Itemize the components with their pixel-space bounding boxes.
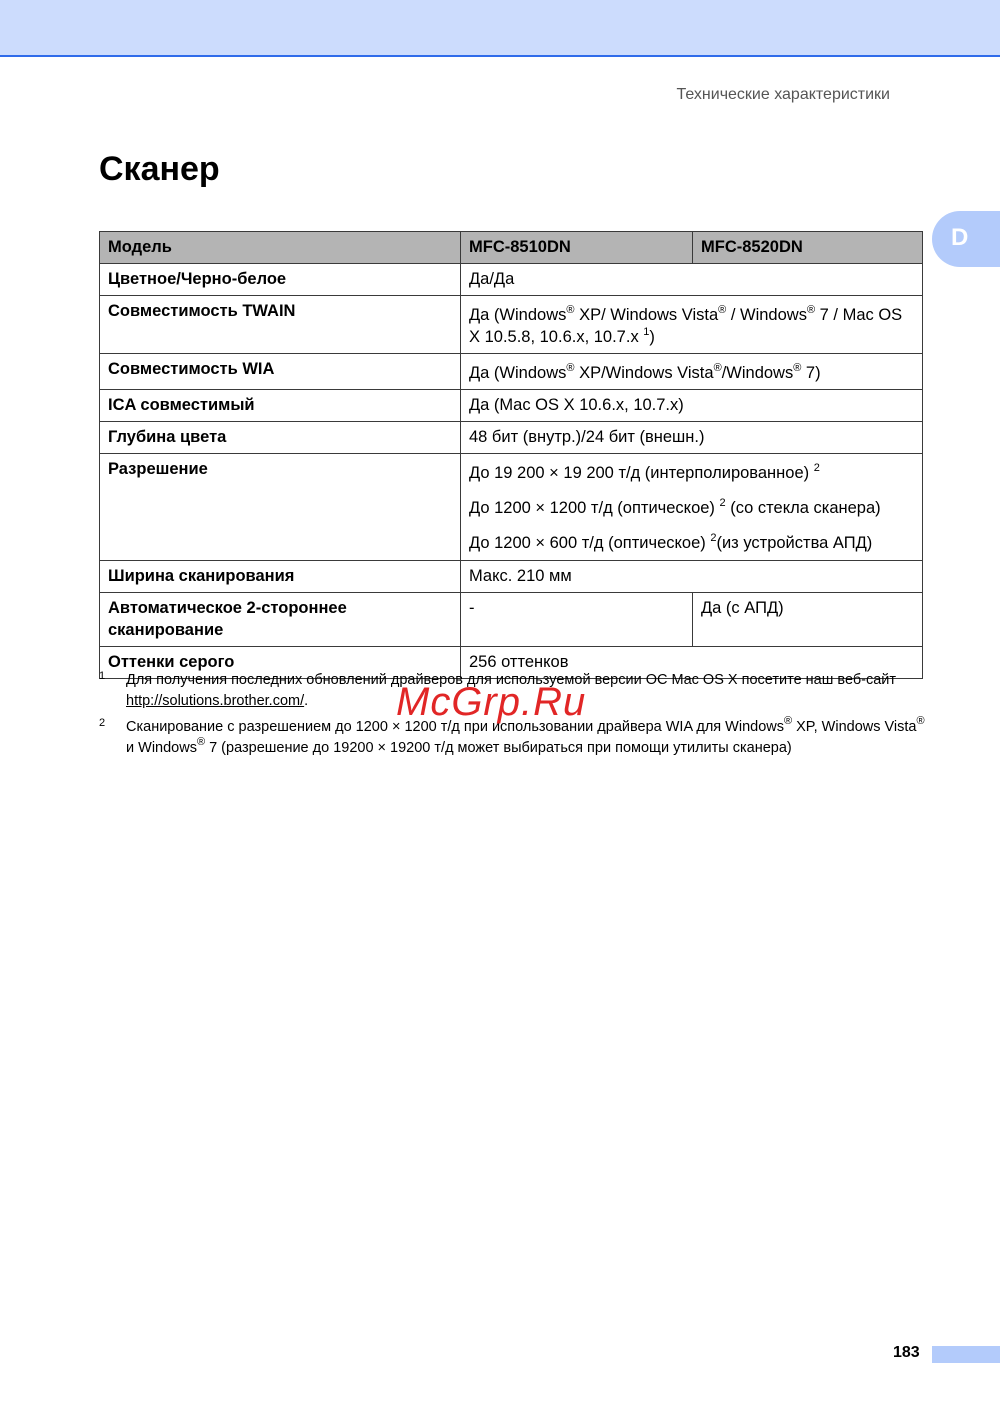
row-value-8510: - — [461, 593, 693, 647]
table-header-row: Модель MFC-8510DN MFC-8520DN — [100, 232, 923, 264]
row-value: 48 бит (внутр.)/24 бит (внешн.) — [461, 422, 923, 454]
row-value: Макс. 210 мм — [461, 561, 923, 593]
watermark: McGrp.Ru — [396, 680, 586, 725]
chapter-letter: D — [951, 224, 968, 252]
table-row: Цветное/Черно-белое Да/Да — [100, 264, 923, 296]
footnote-number: 2 — [99, 713, 105, 734]
running-head: Технические характеристики — [677, 86, 891, 104]
resolution-line: До 19 200 × 19 200 т/д (интерполированно… — [469, 462, 914, 484]
table-row: Глубина цвета 48 бит (внутр.)/24 бит (вн… — [100, 422, 923, 454]
table-row: Разрешение До 19 200 × 19 200 т/д (интер… — [100, 454, 923, 561]
page-title: Сканер — [99, 150, 220, 189]
table-row: Ширина сканирования Макс. 210 мм — [100, 561, 923, 593]
row-value: Да (Mac OS X 10.6.x, 10.7.x) — [461, 390, 923, 422]
row-value-8520: Да (с АПД) — [693, 593, 923, 647]
table-row: Совместимость WIA Да (Windows® XP/Window… — [100, 354, 923, 390]
page-number-bar — [932, 1346, 1000, 1363]
scanner-spec-table: Модель MFC-8510DN MFC-8520DN Цветное/Чер… — [99, 231, 923, 679]
chapter-tab: D — [932, 211, 1000, 267]
header-mfc-8510dn: MFC-8510DN — [461, 232, 693, 264]
row-value: Да (Windows® XP/ Windows Vista® / Window… — [461, 296, 923, 354]
header-band — [0, 0, 1000, 55]
row-value: Да (Windows® XP/Windows Vista®/Windows® … — [461, 354, 923, 390]
page-number: 183 — [893, 1344, 920, 1362]
row-value: До 19 200 × 19 200 т/д (интерполированно… — [461, 454, 923, 561]
resolution-line: До 1200 × 1200 т/д (оптическое) 2 (со ст… — [469, 497, 914, 519]
header-rule — [0, 55, 1000, 57]
row-label: Совместимость WIA — [100, 354, 461, 390]
table-row: Автоматическое 2-стороннее сканирование … — [100, 593, 923, 647]
header-mfc-8520dn: MFC-8520DN — [693, 232, 923, 264]
row-label: Разрешение — [100, 454, 461, 561]
row-label: ICA совместимый — [100, 390, 461, 422]
table-row: ICA совместимый Да (Mac OS X 10.6.x, 10.… — [100, 390, 923, 422]
row-label: Совместимость TWAIN — [100, 296, 461, 354]
row-label: Цветное/Черно-белое — [100, 264, 461, 296]
resolution-line: До 1200 × 600 т/д (оптическое) 2(из устр… — [469, 532, 914, 554]
row-value: Да/Да — [461, 264, 923, 296]
support-link[interactable]: http://solutions.brother.com/ — [126, 693, 304, 709]
footnote-number: 1 — [99, 666, 105, 687]
header-model: Модель — [100, 232, 461, 264]
row-label: Автоматическое 2-стороннее сканирование — [100, 593, 461, 647]
row-label: Ширина сканирования — [100, 561, 461, 593]
table-row: Совместимость TWAIN Да (Windows® XP/ Win… — [100, 296, 923, 354]
row-label: Глубина цвета — [100, 422, 461, 454]
